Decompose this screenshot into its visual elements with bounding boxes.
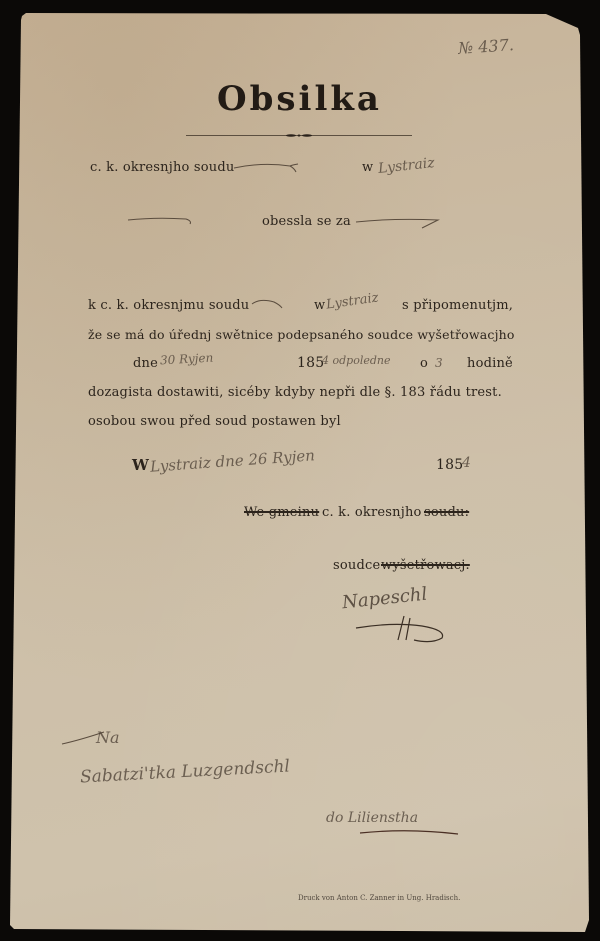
addressee-line1: Na bbox=[96, 728, 120, 747]
body-line3-o: o bbox=[420, 356, 428, 371]
addressee-line3: do Lilienstha bbox=[326, 810, 418, 826]
page-title: Obsilka bbox=[217, 79, 382, 119]
appearance-date-handwritten: 30 Ryjen bbox=[160, 351, 214, 368]
appearance-hour-handwritten: 3 bbox=[435, 356, 443, 370]
body-line3-year: 185 bbox=[297, 355, 324, 371]
signature-court: c. k. okresnjho bbox=[322, 505, 422, 520]
struck-text-wysetrowacj: wyšetřowacj. bbox=[381, 558, 470, 573]
struck-text-we-gmeinu: We gmeinu bbox=[244, 505, 319, 520]
struck-text-soudu: soudu: bbox=[424, 505, 469, 520]
body-line4: dozagista dostawiti, sicéby kdyby nepři … bbox=[88, 385, 502, 400]
court-line-w: w bbox=[362, 160, 373, 175]
appearance-year-handwritten: 4 odpoledne bbox=[322, 354, 391, 367]
addressee-underline bbox=[358, 828, 462, 836]
summons-line: obessla se za bbox=[262, 214, 351, 229]
body-line2: že se má do úřednj swětnice podepsaného … bbox=[88, 327, 515, 342]
reference-number: № 437. bbox=[457, 35, 514, 58]
place-date-year: 185 bbox=[436, 457, 463, 473]
title-ornament-rule bbox=[186, 134, 412, 137]
place-date-year-handwritten: 4 bbox=[462, 455, 471, 471]
handwritten-blank-dash bbox=[126, 213, 196, 227]
document-paper bbox=[0, 0, 600, 941]
handwritten-blank-dash bbox=[250, 296, 290, 310]
body-line3-hodine: hodině bbox=[467, 356, 513, 371]
body-line1-w: w bbox=[314, 298, 325, 313]
signature-flourish bbox=[352, 612, 452, 646]
body-line1-suffix: s připomenutjm, bbox=[402, 298, 513, 313]
body-line5: osobou swou před soud postawen byl bbox=[88, 414, 341, 429]
judge-label: soudce bbox=[333, 558, 380, 573]
handwritten-blank-dash bbox=[232, 160, 302, 178]
place-date-w: W bbox=[132, 456, 149, 474]
body-line1-prefix: k c. k. okresnjmu soudu bbox=[88, 298, 249, 313]
printer-imprint: Druck von Anton C. Zanner in Ung. Hradis… bbox=[298, 894, 460, 902]
body-line3-dne: dne bbox=[133, 356, 158, 371]
handwritten-blank-dash bbox=[354, 214, 444, 230]
court-line-prefix: c. k. okresnjho soudu bbox=[90, 160, 234, 175]
